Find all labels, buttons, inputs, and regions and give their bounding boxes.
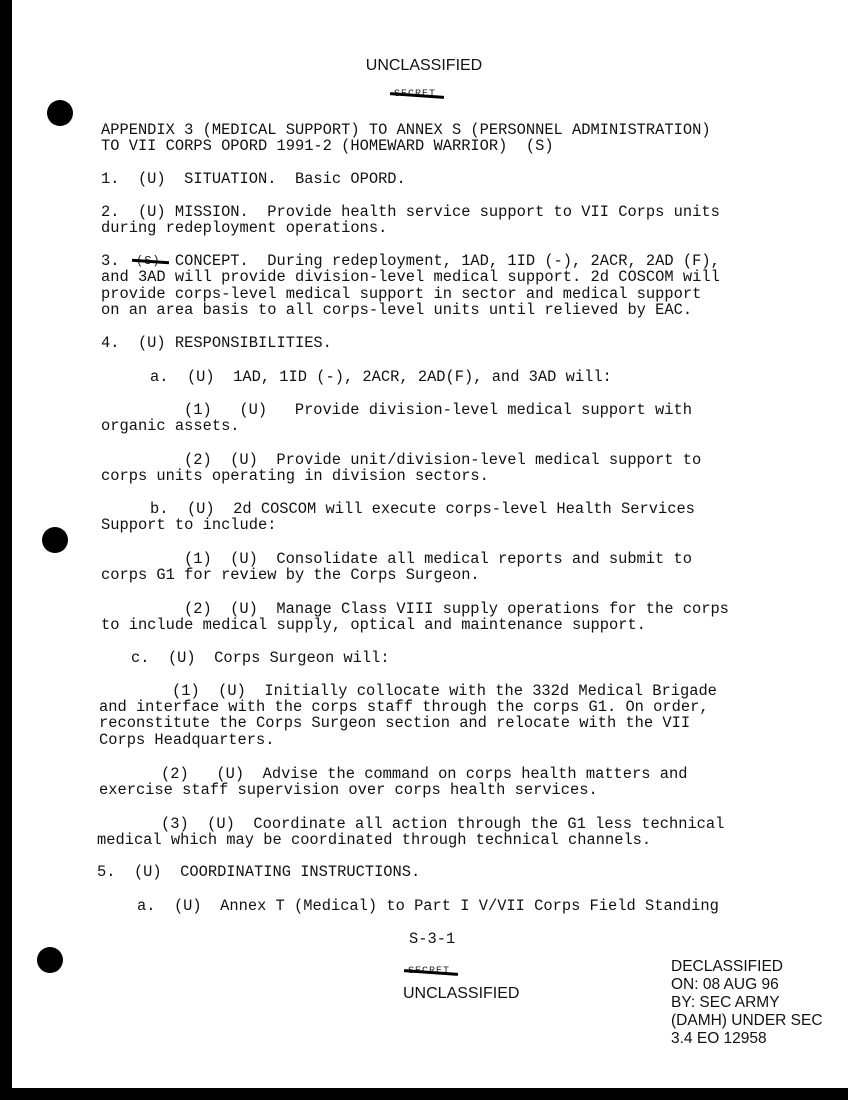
declass-line-1: DECLASSIFIED <box>671 958 823 976</box>
title-line-2: TO VII CORPS OPORD 1991-2 (HOMEWARD WARR… <box>101 138 554 154</box>
para-4c2-line-2: exercise staff supervision over corps he… <box>99 782 598 798</box>
para-4a2-line-2: corps units operating in division sector… <box>101 468 489 484</box>
para-4c1-line-1: (1) (U) Initially collocate with the 332… <box>172 683 717 699</box>
declass-line-4: (DAMH) UNDER SEC <box>671 1012 823 1030</box>
para-4c1-line-3: reconstitute the Corps Surgeon section a… <box>99 715 690 731</box>
para-4-responsibilities: 4. (U) RESPONSIBILITIES. <box>101 335 332 351</box>
para-4c3-line-1: (3) (U) Coordinate all action through th… <box>161 816 724 832</box>
para-5a: a. (U) Annex T (Medical) to Part I V/VII… <box>137 898 719 914</box>
struck-classification-footer: SECRET <box>408 966 450 977</box>
punch-hole-middle <box>42 527 68 553</box>
page-number: S-3-1 <box>409 931 455 947</box>
scan-left-border <box>0 0 12 1100</box>
para-4b-line-1: b. (U) 2d COSCOM will execute corps-leve… <box>150 501 695 517</box>
para-4c1-line-4: Corps Headquarters. <box>99 732 274 748</box>
para-3-concept-line-2: and 3AD will provide division-level medi… <box>101 269 720 285</box>
para-4c1-line-2: and interface with the corps staff throu… <box>99 699 709 715</box>
para-1-situation: 1. (U) SITUATION. Basic OPORD. <box>101 171 406 187</box>
declass-line-3: BY: SEC ARMY <box>671 994 823 1012</box>
para-4b2-line-1: (2) (U) Manage Class VIII supply operati… <box>184 601 729 617</box>
para-3-concept-line-4: on an area basis to all corps-level unit… <box>101 302 692 318</box>
para-4a1-line-1: (1) (U) Provide division-level medical s… <box>184 402 692 418</box>
punch-hole-top <box>47 100 73 126</box>
declass-line-5: 3.4 EO 12958 <box>671 1030 823 1048</box>
para-2-mission-line-2: during redeployment operations. <box>101 220 387 236</box>
para-4b2-line-2: to include medical supply, optical and m… <box>101 617 646 633</box>
para-4c2-line-1: (2) (U) Advise the command on corps heal… <box>161 766 687 782</box>
para-3-concept-line-1: 3. CONCEPT. During redeployment, 1AD, 1I… <box>101 253 720 269</box>
para-4b-line-2: Support to include: <box>101 517 276 533</box>
para-3-concept-line-3: provide corps-level medical support in s… <box>101 286 701 302</box>
declass-line-2: ON: 08 AUG 96 <box>671 976 823 994</box>
para-4c3-line-2: medical which may be coordinated through… <box>97 832 651 848</box>
punch-hole-bottom <box>37 947 63 973</box>
para-4a: a. (U) 1AD, 1ID (-), 2ACR, 2AD(F), and 3… <box>150 369 612 385</box>
para-4a1-line-2: organic assets. <box>101 418 240 434</box>
scan-bottom-border <box>0 1088 848 1100</box>
classification-footer: UNCLASSIFIED <box>403 985 519 1003</box>
para-2-mission-line-1: 2. (U) MISSION. Provide health service s… <box>101 204 720 220</box>
para-4b1-line-1: (1) (U) Consolidate all medical reports … <box>184 551 692 567</box>
title-line-1: APPENDIX 3 (MEDICAL SUPPORT) TO ANNEX S … <box>101 122 711 138</box>
struck-paragraph-marking: (S) <box>136 254 161 268</box>
para-5-coordinating-instructions: 5. (U) COORDINATING INSTRUCTIONS. <box>97 864 420 880</box>
classification-header: UNCLASSIFIED <box>0 57 848 75</box>
declassification-stamp: DECLASSIFIED ON: 08 AUG 96 BY: SEC ARMY … <box>671 958 823 1048</box>
struck-classification-header: SECRET <box>394 89 436 100</box>
para-4a2-line-1: (2) (U) Provide unit/division-level medi… <box>184 452 701 468</box>
para-4c: c. (U) Corps Surgeon will: <box>131 650 390 666</box>
para-4b1-line-2: corps G1 for review by the Corps Surgeon… <box>101 567 480 583</box>
